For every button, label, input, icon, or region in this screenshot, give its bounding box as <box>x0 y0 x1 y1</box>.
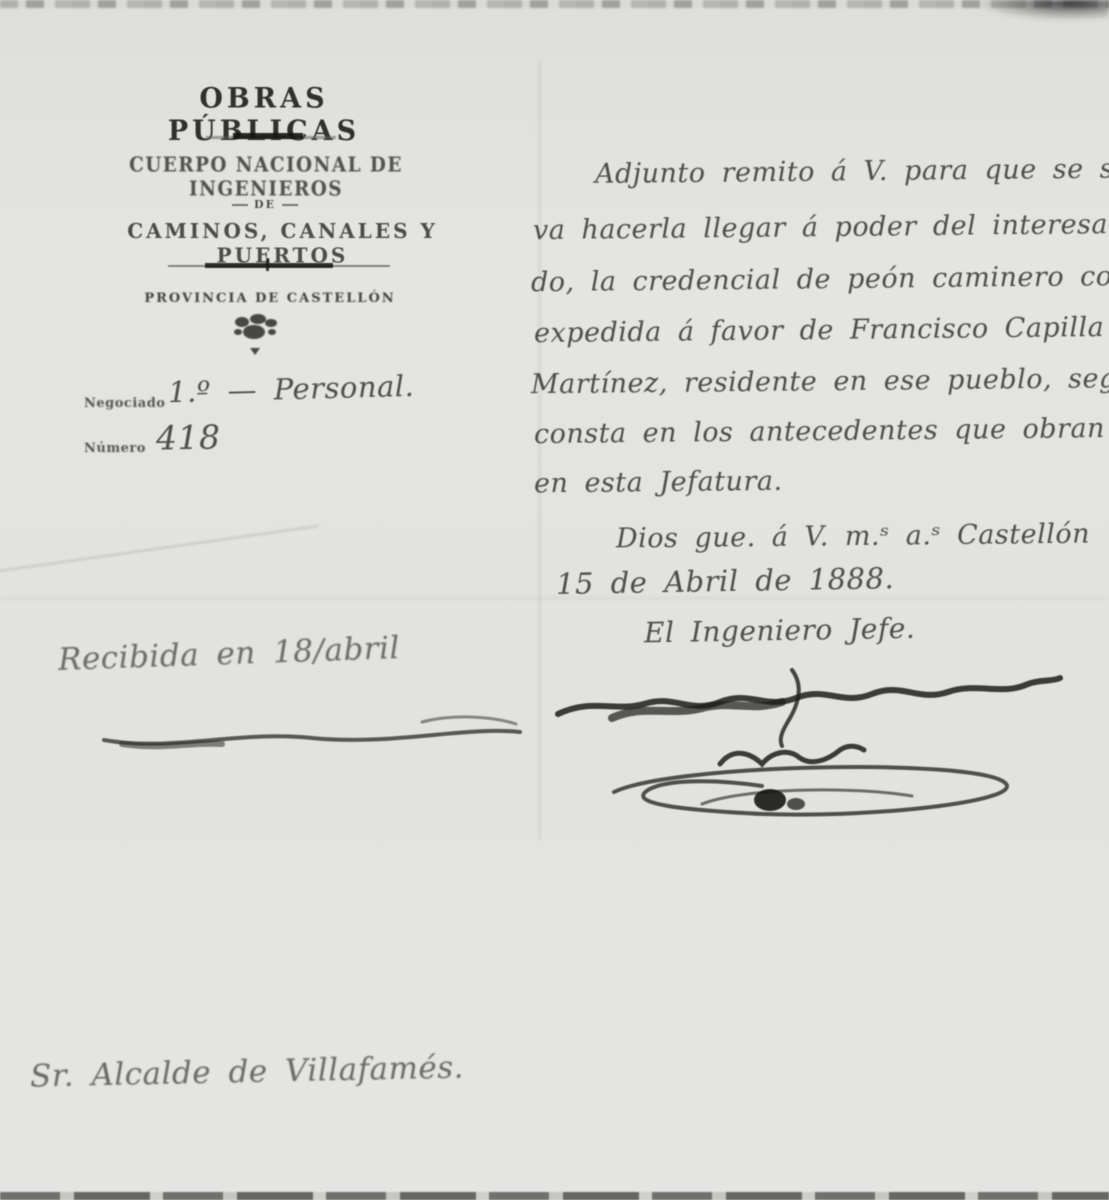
scan-edge-top <box>0 0 1109 8</box>
crest-ornament-icon <box>224 310 286 366</box>
scanned-letter-page: OBRAS PÚBLICAS CUERPO NACIONAL DE INGENI… <box>0 0 1109 1200</box>
recipient-address: Sr. Alcalde de Villafamés. <box>30 1049 465 1094</box>
fold-crease-diagonal <box>0 525 319 573</box>
fold-crease-vertical <box>538 60 541 840</box>
negociado-value: 1.º — Personal. <box>168 369 415 409</box>
scan-smudge-top-right <box>980 0 1109 20</box>
letter-line: consta en los antecedentes que obran <box>534 413 1105 450</box>
decorative-rule-tick <box>266 258 269 271</box>
letter-line: va hacerla llegar á poder del interesa- <box>533 209 1109 246</box>
org-connector: DE <box>200 198 330 211</box>
org-name-line2: CAMINOS, CANALES Y PUERTOS <box>100 219 465 268</box>
closing-date: 15 de Abril de 1888. <box>556 561 895 601</box>
numero-value: 418 <box>156 417 221 457</box>
margin-note-flourish <box>92 700 532 758</box>
fold-crease-horizontal <box>0 597 1109 600</box>
signer-role: El Ingeniero Jefe. <box>644 612 916 650</box>
province-line: PROVINCIA DE CASTELLÓN <box>136 291 404 306</box>
letter-line: do, la credencial de peón caminero con <box>531 261 1109 298</box>
letter-line: en esta Jefatura. <box>534 466 783 500</box>
numero-label: Número <box>84 441 146 456</box>
margin-note: Recibida en 18/abril <box>57 630 400 678</box>
negociado-label: Negociado <box>84 396 165 411</box>
letter-line: Adjunto remito á V. para que se sir- <box>595 153 1109 190</box>
letterhead-rule <box>233 133 303 139</box>
decorative-rule-thick <box>205 263 333 268</box>
scan-edge-bottom <box>0 1192 1109 1200</box>
letter-line: expedida á favor de Francisco Capilla <box>534 312 1105 349</box>
signature-flourish <box>552 652 1067 820</box>
org-name-line1: CUERPO NACIONAL DE INGENIEROS <box>101 153 431 201</box>
closing-salutation: Dios gue. á V. m.ˢ a.ˢ Castellón <box>616 519 1090 555</box>
letter-line: Martínez, residente en ese pueblo, según <box>531 363 1109 401</box>
